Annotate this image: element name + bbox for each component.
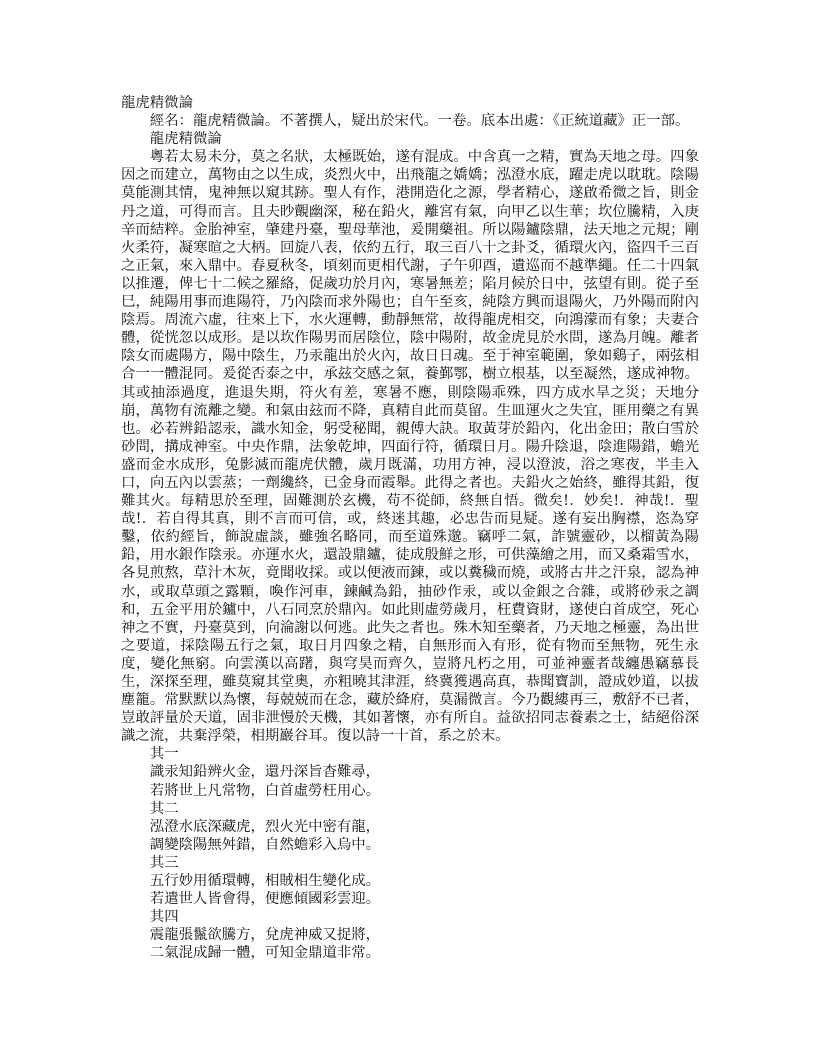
poem-line: 二氣混成歸一體，可知金鼎道非常。 — [121, 944, 699, 962]
poem-line: 調變陰陽無舛錯，自然蟾彩入烏中。 — [121, 836, 699, 854]
poem-line: 震龍張鬣欲騰方，兌虎神威又捉將， — [121, 926, 699, 944]
poem-line: 五行妙用循環轉，相賊相生變化成。 — [121, 872, 699, 890]
poem-heading: 其三 — [121, 854, 699, 872]
poem-4: 其四 震龍張鬣欲騰方，兌虎神威又捉將， 二氣混成歸一體，可知金鼎道非常。 — [121, 908, 699, 962]
poem-heading: 其四 — [121, 908, 699, 926]
poem-line: 若將世上凡常物，白首虛勞枉用心。 — [121, 782, 699, 800]
poem-2: 其二 泓澄水底深藏虎，烈火光中密有龍， 調變陰陽無舛錯，自然蟾彩入烏中。 — [121, 800, 699, 854]
document-body-paragraph: 粵若太易未分，莫之名狀，太極既始，遂有混成。中含真一之精，實為天地之母。四象因之… — [121, 148, 699, 745]
document-title: 龍虎精微論 — [121, 94, 699, 112]
poem-3: 其三 五行妙用循環轉，相賊相生變化成。 若遣世人皆會得，便應傾國彩雲迎。 — [121, 854, 699, 908]
poem-line: 識汞知鉛辨火金，還丹深旨杳難尋， — [121, 763, 699, 781]
document-meta: 經名：龍虎精微論。不著撰人，疑出於宋代。一卷。底本出處：《正統道藏》正一部。 — [121, 112, 699, 130]
document-subtitle: 龍虎精微論 — [121, 130, 699, 148]
poem-line: 若遣世人皆會得，便應傾國彩雲迎。 — [121, 890, 699, 908]
poem-1: 其一 識汞知鉛辨火金，還丹深旨杳難尋， 若將世上凡常物，白首虛勞枉用心。 — [121, 745, 699, 799]
poem-heading: 其一 — [121, 745, 699, 763]
poem-heading: 其二 — [121, 800, 699, 818]
document-page: 龍虎精微論 經名：龍虎精微論。不著撰人，疑出於宋代。一卷。底本出處：《正統道藏》… — [121, 94, 699, 963]
poem-line: 泓澄水底深藏虎，烈火光中密有龍， — [121, 818, 699, 836]
